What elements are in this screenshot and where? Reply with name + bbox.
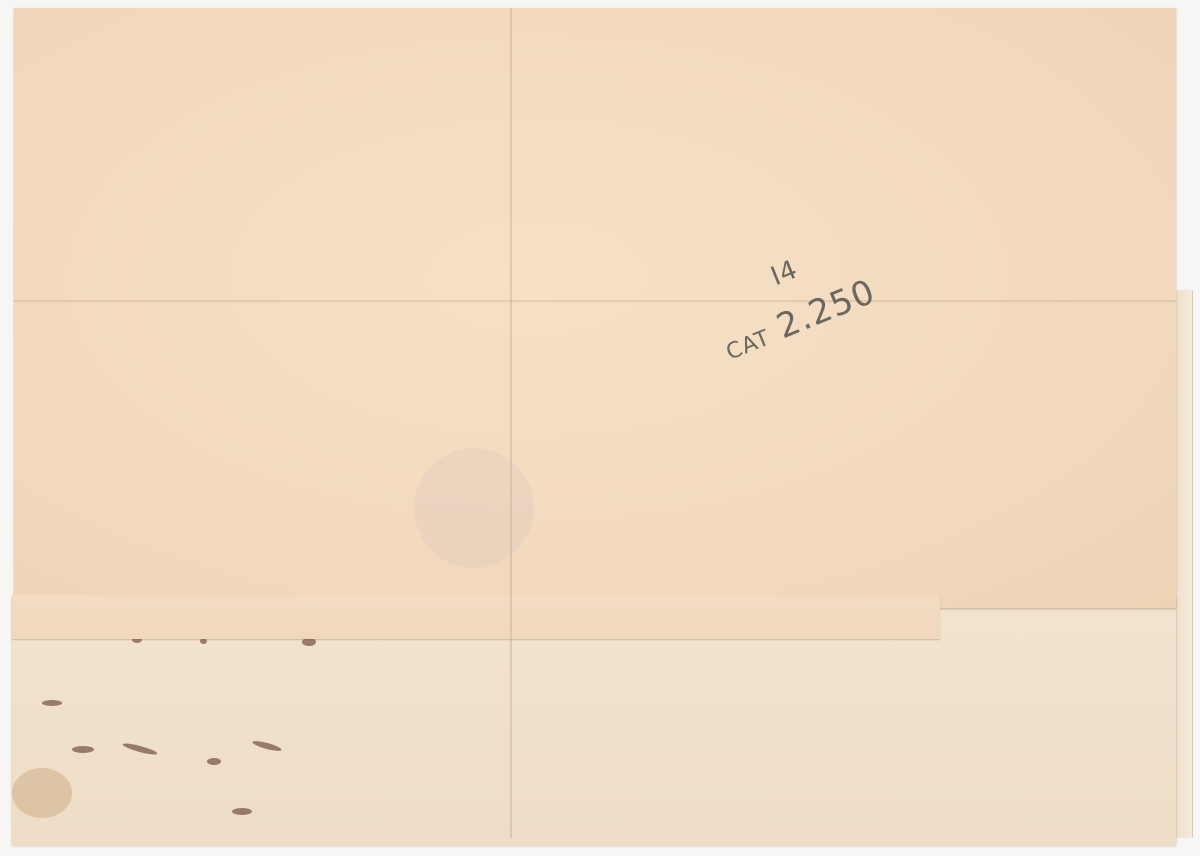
- letter-fold-flap: [12, 595, 940, 639]
- vertical-fold-crease: [510, 8, 512, 838]
- horizontal-fold-crease: [14, 300, 1176, 302]
- letter-front-fold: [14, 8, 1176, 608]
